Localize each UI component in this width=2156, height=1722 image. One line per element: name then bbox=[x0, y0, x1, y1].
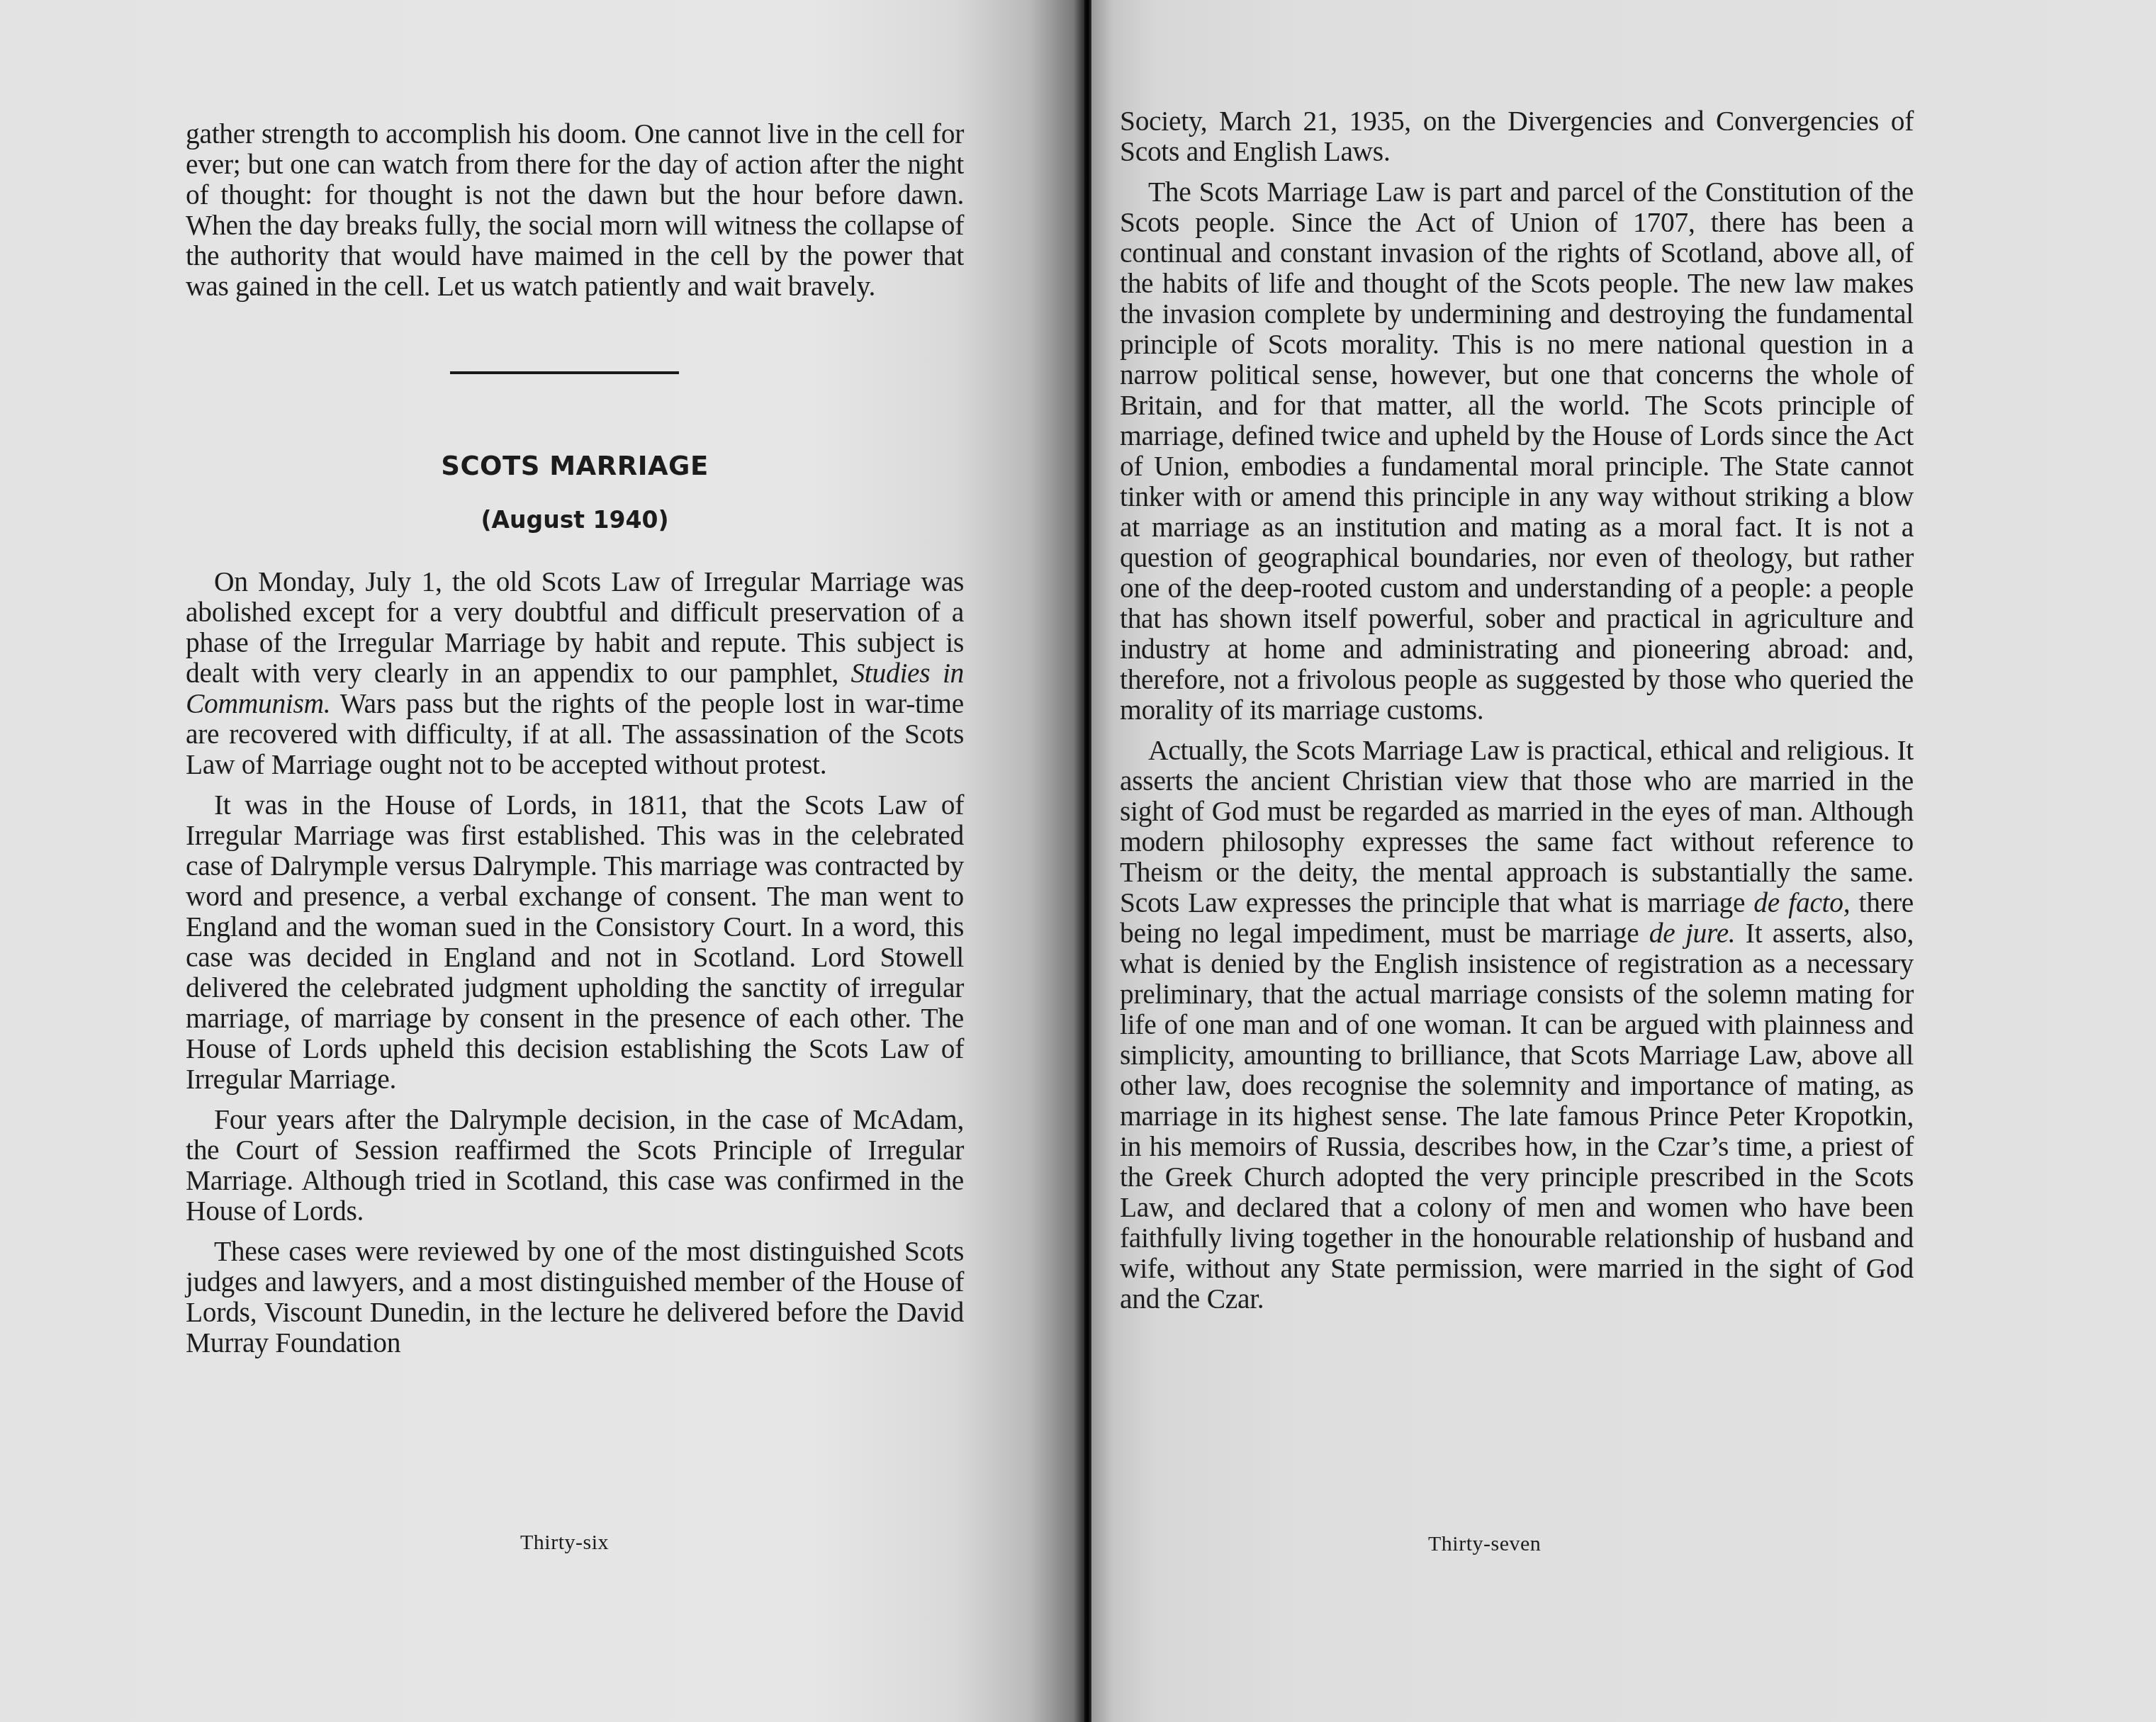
left-page: gather strength to accomplish his doom. … bbox=[0, 0, 1084, 1722]
body-paragraph: The Scots Marriage Law is part and parce… bbox=[1120, 177, 1914, 726]
left-page-text-column: gather strength to accomplish his doom. … bbox=[186, 119, 964, 1358]
right-page-text-column: Society, March 21, 1935, on the Divergen… bbox=[1120, 106, 1914, 1315]
section-divider-rule bbox=[450, 371, 679, 374]
page-number: Thirty-seven bbox=[1428, 1532, 1541, 1556]
right-page: Society, March 21, 1935, on the Divergen… bbox=[1091, 0, 2156, 1722]
latin-term: de facto, bbox=[1753, 887, 1850, 918]
article-date: (August 1940) bbox=[186, 505, 964, 536]
body-paragraph: Four years after the Dalrymple decision,… bbox=[186, 1105, 964, 1227]
body-paragraph: It was in the House of Lords, in 1811, t… bbox=[186, 790, 964, 1095]
body-paragraph: Society, March 21, 1935, on the Divergen… bbox=[1120, 106, 1914, 167]
page-number: Thirty-six bbox=[520, 1531, 609, 1555]
body-paragraph: Actually, the Scots Marriage Law is prac… bbox=[1120, 736, 1914, 1315]
continuation-paragraph: gather strength to accomplish his doom. … bbox=[186, 119, 964, 302]
latin-term: de jure. bbox=[1649, 918, 1736, 949]
article-title: SCOTS MARRIAGE bbox=[186, 451, 964, 482]
book-spine-gutter bbox=[1084, 0, 1091, 1722]
book-spread: gather strength to accomplish his doom. … bbox=[0, 0, 2156, 1722]
body-paragraph: These cases were reviewed by one of the … bbox=[186, 1237, 964, 1358]
body-paragraph: On Monday, July 1, the old Scots Law of … bbox=[186, 567, 964, 780]
